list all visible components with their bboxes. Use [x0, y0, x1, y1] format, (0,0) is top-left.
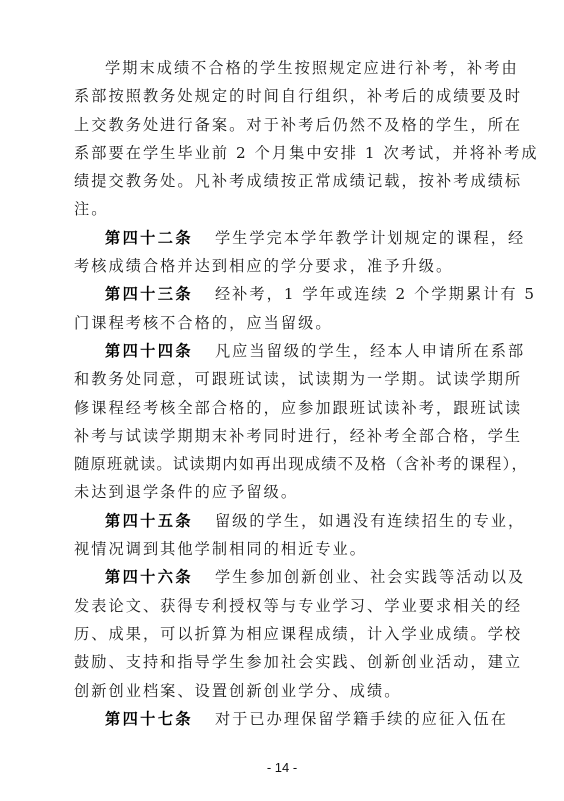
text-line: 第四十四条凡应当留级的学生，经本人申请所在系部: [74, 337, 492, 365]
text-line: 补考与试读学期期末补考同时进行，经补考全部合格，学生: [74, 422, 492, 450]
page-number: - 14 -: [0, 760, 564, 775]
article-text: 凡应当留级的学生，经本人申请所在系部: [215, 342, 525, 360]
text-line: 创新创业档案、设置创新创业学分、成绩。: [74, 677, 492, 705]
article-46: 第四十六条学生参加创新创业、社会实践等活动以及 发表论文、获得专利授权等与专业学…: [74, 563, 492, 704]
text-line: 视情况调到其他学制相同的相近专业。: [74, 535, 492, 563]
text-line: 随原班就读。试读期内如再出现成绩不及格（含补考的课程），: [74, 450, 492, 478]
text-line: 绩提交教务处。凡补考成绩按正常成绩记载，按补考成绩标: [74, 167, 492, 195]
text-line: 历、成果，可以折算为相应课程成绩，计入学业成绩。学校: [74, 620, 492, 648]
article-text: 对于已办理保留学籍手续的应征入伍在: [215, 710, 508, 728]
text-line: 门课程考核不合格的，应当留级。: [74, 309, 492, 337]
article-43: 第四十三条经补考，1 学年或连续 2 个学期累计有 5 门课程考核不合格的，应当…: [74, 280, 492, 337]
text-line: 考核成绩合格并达到相应的学分要求，准予升级。: [74, 252, 492, 280]
text-line: 系部要在学生毕业前 2 个月集中安排 1 次考试，并将补考成: [74, 139, 492, 167]
text-line: 未达到退学条件的应予留级。: [74, 478, 492, 506]
article-heading: 第四十七条: [105, 710, 193, 728]
text-line: 第四十二条学生学完本学年教学计划规定的课程，经: [74, 224, 492, 252]
text-line: 鼓励、支持和指导学生参加社会实践、创新创业活动，建立: [74, 648, 492, 676]
article-text: 学生学完本学年教学计划规定的课程，经: [215, 229, 525, 247]
article-heading: 第四十四条: [105, 342, 193, 360]
text-line: 修课程经考核全部合格的，应参加跟班试读补考，跟班试读: [74, 394, 492, 422]
text-line: 注。: [74, 195, 492, 223]
article-44: 第四十四条凡应当留级的学生，经本人申请所在系部 和教务处同意，可跟班试读，试读期…: [74, 337, 492, 507]
article-42: 第四十二条学生学完本学年教学计划规定的课程，经 考核成绩合格并达到相应的学分要求…: [74, 224, 492, 281]
text-line: 和教务处同意，可跟班试读，试读期为一学期。试读学期所: [74, 365, 492, 393]
text-line: 上交教务处进行备案。对于补考后仍然不及格的学生，所在: [74, 111, 492, 139]
text-line: 第四十六条学生参加创新创业、社会实践等活动以及: [74, 563, 492, 591]
article-text: 经补考，1 学年或连续 2 个学期累计有 5: [215, 285, 536, 303]
article-heading: 第四十二条: [105, 229, 193, 247]
article-text: 学生参加创新创业、社会实践等活动以及: [215, 568, 525, 586]
article-47: 第四十七条对于已办理保留学籍手续的应征入伍在: [74, 705, 492, 733]
text-line: 发表论文、获得专利授权等与专业学习、学业要求相关的经: [74, 592, 492, 620]
text-line: 学期末成绩不合格的学生按照规定应进行补考，补考由: [74, 54, 492, 82]
paragraph-makeup-exam: 学期末成绩不合格的学生按照规定应进行补考，补考由 系部按照教务处规定的时间自行组…: [74, 54, 492, 224]
article-45: 第四十五条留级的学生，如遇没有连续招生的专业， 视情况调到其他学制相同的相近专业…: [74, 507, 492, 564]
article-heading: 第四十六条: [105, 568, 193, 586]
text-line: 第四十七条对于已办理保留学籍手续的应征入伍在: [74, 705, 492, 733]
text-line: 第四十三条经补考，1 学年或连续 2 个学期累计有 5: [74, 280, 492, 308]
text-line: 第四十五条留级的学生，如遇没有连续招生的专业，: [74, 507, 492, 535]
text-line: 系部按照教务处规定的时间自行组织，补考后的成绩要及时: [74, 82, 492, 110]
document-page: 学期末成绩不合格的学生按照规定应进行补考，补考由 系部按照教务处规定的时间自行组…: [74, 54, 492, 733]
article-heading: 第四十五条: [105, 512, 193, 530]
article-heading: 第四十三条: [105, 285, 193, 303]
article-text: 留级的学生，如遇没有连续招生的专业，: [215, 512, 525, 530]
